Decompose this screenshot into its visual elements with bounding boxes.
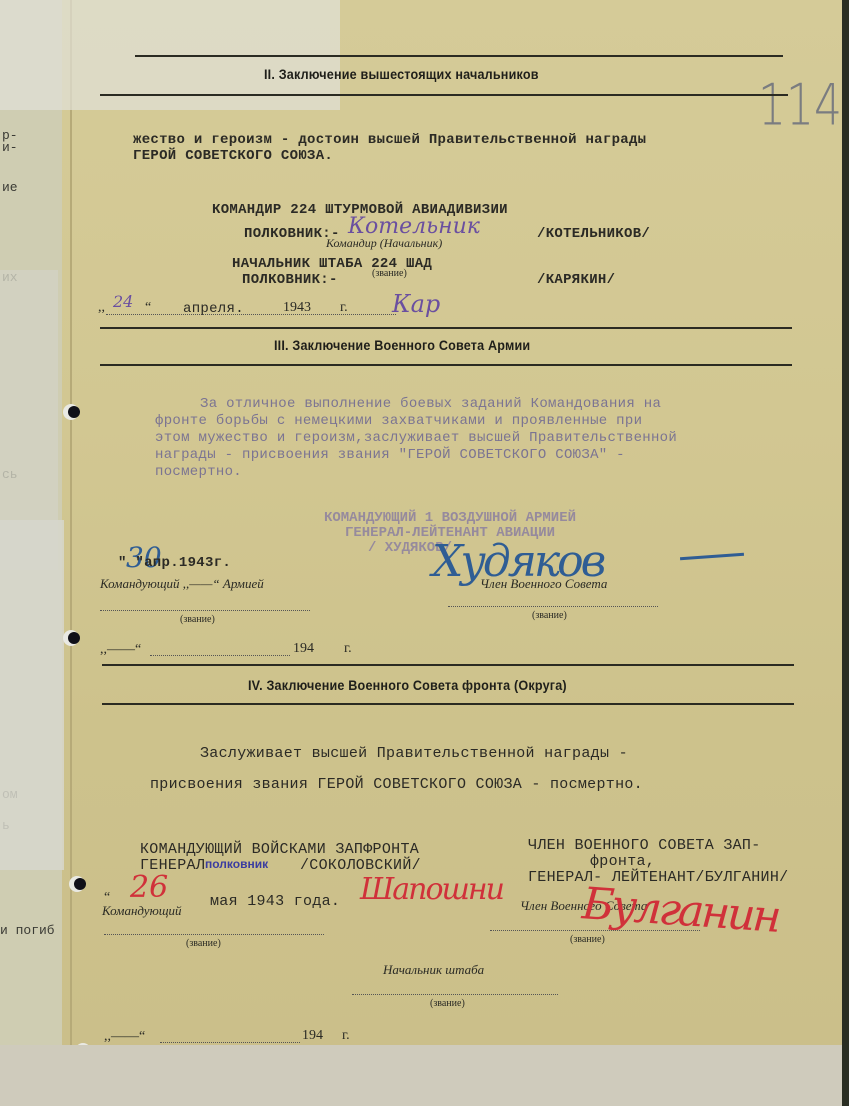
section-3-text-line: посмертно.: [155, 464, 242, 480]
section-3-text-line: этом мужество и героизм,заслуживает высш…: [155, 430, 677, 446]
punch-hole: [68, 632, 80, 644]
section-rule: [102, 664, 794, 666]
rank-correction-stamp: полковник: [205, 857, 268, 871]
scan-edge: [842, 0, 849, 1106]
section-4-date: мая 1943 года.: [210, 893, 340, 910]
margin-fragment: ие: [2, 180, 18, 195]
section-2-heading: II. Заключение вышестоящих начальников: [264, 66, 539, 82]
date-open-quote: ,,: [98, 300, 105, 316]
section-4-heading: IV. Заключение Военного Совета фронта (О…: [248, 677, 567, 693]
army-commander-stamp-line: КОМАНДУЮЩИЙ 1 ВОЗДУШНОЙ АРМИЕЙ: [280, 510, 620, 526]
blank-date-dotted-line: [160, 1042, 300, 1043]
section-2-text-line: жество и героизм - достоин высшей Правит…: [133, 132, 646, 148]
tape-strip: [0, 1045, 842, 1106]
section-3-heading: III. Заключение Военного Совета Армии: [274, 337, 530, 353]
section-4-text-line: присвоения звания ГЕРОЙ СОВЕТСКОГО СОЮЗА…: [150, 776, 643, 793]
section-rule: [100, 327, 792, 329]
front-commander-label: Командующий: [102, 903, 182, 919]
signature-dotted-line: [448, 606, 658, 607]
date-day: 24: [113, 292, 133, 311]
date-suffix: г.: [340, 300, 348, 316]
army-commander-caption: (звание): [180, 614, 215, 625]
blank-date-suffix: г.: [344, 641, 352, 657]
signature-dotted-line: [100, 610, 310, 611]
section-rule: [100, 364, 792, 366]
signature-dotted-line: [352, 994, 558, 995]
section-rule: [135, 55, 783, 57]
blank-date-prefix: ,,——“: [104, 1029, 145, 1045]
punch-hole: [74, 878, 86, 890]
margin-fragment: и-: [2, 140, 18, 155]
division-commander-name: /КОТЕЛЬНИКОВ/: [537, 226, 650, 242]
section-3-date: " "апр.1943г.: [118, 555, 231, 571]
army-commander-label: Командующий ,,——“ Армией: [100, 576, 264, 592]
chief-of-staff-label: Начальник штаба: [383, 962, 484, 978]
section-3-text-line: фронте борьбы с немецкими захватчиками и…: [155, 413, 642, 429]
front-council-member-title-line: ЧЛЕН ВОЕННОГО СОВЕТА ЗАП-: [528, 837, 761, 854]
section-3-text-line: За отличное выполнение боевых заданий Ко…: [200, 396, 661, 412]
section-4-date-day: 26: [130, 870, 168, 905]
front-commander-title-line: КОМАНДУЮЩИЙ ВОЙСКАМИ ЗАПФРОНТА: [140, 841, 419, 858]
blank-date-year: 194: [293, 641, 314, 657]
commander-signature: Котельник: [348, 214, 480, 239]
front-council-member-title-line: фронта,: [590, 853, 655, 870]
blank-date-prefix: ,,——“: [100, 642, 141, 658]
chief-of-staff-caption: (звание): [430, 998, 465, 1009]
front-commander-caption: (звание): [186, 938, 221, 949]
blank-date-year: 194: [302, 1028, 323, 1044]
chief-caption: (звание): [372, 268, 407, 279]
chief-of-staff-name: /КАРЯКИН/: [537, 272, 615, 288]
signature-dotted-line: [104, 934, 324, 935]
front-commander-signature: Шапошни: [360, 872, 503, 907]
front-council-member-caption: (звание): [570, 934, 605, 945]
tape-strip: [0, 520, 64, 870]
chief-signature: Кар: [392, 290, 440, 318]
blank-date-suffix: г.: [342, 1028, 350, 1044]
section-rule: [100, 94, 788, 96]
military-council-member-label: Член Военного Совета: [480, 576, 607, 592]
section-2-text-line: ГЕРОЙ СОВЕТСКОГО СОЮЗА.: [133, 148, 333, 164]
section-rule: [102, 703, 794, 705]
section-4-text-line: Заслуживает высшей Правительственной наг…: [200, 745, 628, 762]
date-month: апреля.: [183, 301, 244, 317]
sheet-fold-line: [70, 0, 72, 1046]
signature-dotted-line: [490, 930, 700, 931]
section-3-text-line: награды - присвоения звания "ГЕРОЙ СОВЕТ…: [155, 447, 625, 463]
date-year: 1943: [283, 300, 311, 316]
blank-date-dotted-line: [150, 655, 290, 656]
margin-fragment: и погиб: [0, 923, 55, 938]
military-council-member-caption: (звание): [532, 610, 567, 621]
punch-hole: [68, 406, 80, 418]
chief-of-staff-rank: ПОЛКОВНИК:-: [242, 272, 338, 288]
date-dotted-line: [106, 314, 396, 315]
page-number-pencil: 114: [758, 72, 842, 138]
